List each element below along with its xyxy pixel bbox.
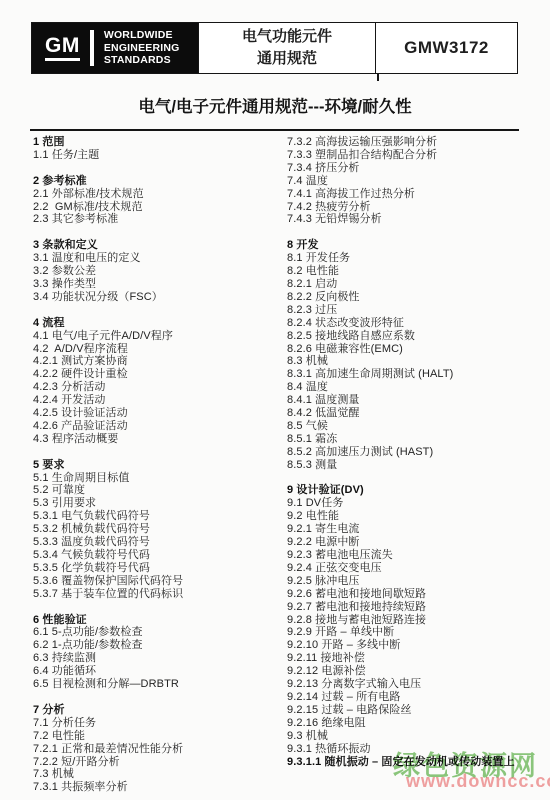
standards-header: GM WORLDWIDE ENGINEERING STANDARDS 电气功能元… [31,22,518,74]
toc-entry [33,304,283,317]
toc-entry: 9.2.4 正弦交变电压 [287,562,547,575]
toc-entry: 5.3.3 温度负载代码符号 [33,536,283,549]
toc-entry: 8.2.3 过压 [287,304,547,317]
toc-entry: 8.4.2 低温觉醒 [287,407,547,420]
toc-entry: 9.1 DV任务 [287,497,547,510]
toc-entry: 9.2.5 脉冲电压 [287,575,547,588]
toc-entry: 5.3.7 基于装车位置的代码标识 [33,588,283,601]
toc-entry: 9.2.12 电源补偿 [287,665,547,678]
toc-entry: 5.3.1 电气负载代码符号 [33,510,283,523]
toc-entry: 9.3 机械 [287,730,547,743]
toc-entry: 7.3.2 高海拔运输压强影响分析 [287,136,547,149]
toc-entry: 2.1 外部标准/技术规范 [33,188,283,201]
doc-title-line1: 电气功能元件 [242,26,332,48]
toc-entry: 6 性能验证 [33,614,283,627]
logo-divider [90,30,94,66]
gm-logo-block: GM WORLDWIDE ENGINEERING STANDARDS [32,23,199,73]
toc-entry: 8 开发 [287,239,547,252]
gm-logo: GM [45,35,80,61]
toc-entry: 8.2.2 反向极性 [287,291,547,304]
toc-entry: 8.2 电性能 [287,265,547,278]
toc-entry: 1.1 任务/主题 [33,149,283,162]
toc-entry: 2.2 GM标准/技术规范 [33,201,283,214]
toc-entry: 4.2.1 测试方案协商 [33,355,283,368]
watermark-site-url: www.downcc.com [406,771,550,792]
toc-entry: 7.2 电性能 [33,730,283,743]
org-line-2: ENGINEERING [104,42,180,55]
toc-entry: 4.2 A/D/V程序流程 [33,343,283,356]
toc-entry: 9.2.8 接地与蓄电池短路连接 [287,614,547,627]
toc-entry: 8.2.5 接地线路自感应系数 [287,330,547,343]
toc-entry: 9.2.2 电源中断 [287,536,547,549]
doc-number: GMW3172 [404,38,489,58]
toc-entry [287,226,547,239]
toc-right-column: 7.3.2 高海拔运输压强影响分析 7.3.3 塑制品扣合结构配合分析 7.3.… [287,136,547,768]
toc-entry: 7.4.1 高海拔工作过热分析 [287,188,547,201]
toc-entry: 7.3.3 塑制品扣合结构配合分析 [287,149,547,162]
toc-entry: 9.2.15 过载 – 电路保险丝 [287,704,547,717]
toc-entry: 6.3 持续监测 [33,652,283,665]
toc-entry: 4.3 程序活动概要 [33,433,283,446]
toc-entry: 8.5.3 测量 [287,459,547,472]
toc-entry: 7.3.4 挤压分析 [287,162,547,175]
doc-title-cell: 电气功能元件 通用规范 [199,23,376,73]
toc-entry: 9.2.13 分离数字式输入电压 [287,678,547,691]
toc-entry: 9.2.14 过载 – 所有电路 [287,691,547,704]
toc-entry: 6.2 1-点功能/参数检查 [33,639,283,652]
toc-entry: 8.3 机械 [287,355,547,368]
toc-entry: 9 设计验证(DV) [287,484,547,497]
toc-entry: 4 流程 [33,317,283,330]
toc-entry: 7.3.1 共振频率分析 [33,781,283,794]
toc-entry: 8.3.1 高加速生命周期测试 (HALT) [287,368,547,381]
toc-entry: 9.2.6 蓄电池和接地间歇短路 [287,588,547,601]
toc-entry: 9.2.3 蓄电池电压流失 [287,549,547,562]
toc-entry: 7.4.2 热疲劳分析 [287,201,547,214]
toc-entry: 6.5 目视检测和分解—DRBTR [33,678,283,691]
toc-entry [33,691,283,704]
toc-entry: 7.4 温度 [287,175,547,188]
toc-entry: 7.3 机械 [33,768,283,781]
toc-entry: 7.2.1 正常和最差情况性能分析 [33,743,283,756]
toc-entry: 8.2.1 启动 [287,278,547,291]
toc-entry: 7.4.3 无铅焊锡分析 [287,213,547,226]
toc-entry [33,226,283,239]
toc-entry: 5.3.5 化学负载符号代码 [33,562,283,575]
toc-entry: 3.3 操作类型 [33,278,283,291]
toc-entry: 8.5.1 霜冻 [287,433,547,446]
toc-left-column: 1 范围 1.1 任务/主题 2 参考标准 2.1 外部标准/技术规范 2.2 … [33,136,283,794]
divider-rule [30,129,519,131]
toc-entry: 8.1 开发任务 [287,252,547,265]
doc-title-line2: 通用规范 [257,48,317,70]
toc-entry: 9.2.7 蓄电池和接地持续短路 [287,601,547,614]
toc-entry: 8.4 温度 [287,381,547,394]
toc-entry [33,601,283,614]
toc-entry: 5.3.4 气候负载符号代码 [33,549,283,562]
toc-entry: 8.2.6 电磁兼容性(EMC) [287,343,547,356]
toc-entry: 4.2.6 产品验证活动 [33,420,283,433]
toc-entry: 9.2.11 接地补偿 [287,652,547,665]
toc-entry: 6.4 功能循环 [33,665,283,678]
toc-entry: 8.5.2 高加速压力测试 (HAST) [287,446,547,459]
toc-entry: 2.3 其它参考标准 [33,213,283,226]
toc-entry: 5.3 引用要求 [33,497,283,510]
org-line-3: STANDARDS [104,54,180,67]
org-line-1: WORLDWIDE [104,29,180,42]
toc-entry [287,472,547,485]
toc-entry: 6.1 5-点功能/参数检查 [33,626,283,639]
toc-entry: 5 要求 [33,459,283,472]
toc-entry: 3.4 功能状况分级（FSC） [33,291,283,304]
toc-entry: 9.2.1 寄生电流 [287,523,547,536]
toc-entry: 8.5 气候 [287,420,547,433]
toc-entry: 8.4.1 温度测量 [287,394,547,407]
toc-entry: 5.3.2 机械负载代码符号 [33,523,283,536]
toc-entry: 9.2 电性能 [287,510,547,523]
page-title: 电气/电子元件通用规范---环境/耐久性 [0,93,550,117]
toc-entry: 7 分析 [33,704,283,717]
toc-entry: 4.2.3 分析活动 [33,381,283,394]
toc-entry [33,446,283,459]
toc-entry: 4.2.4 开发活动 [33,394,283,407]
toc-entry: 4.2.2 硬件设计重检 [33,368,283,381]
toc-entry: 1 范围 [33,136,283,149]
toc-entry: 5.3.6 覆盖物保护国际代码符号 [33,575,283,588]
toc-entry: 5.1 生命周期目标值 [33,472,283,485]
org-name: WORLDWIDE ENGINEERING STANDARDS [104,29,180,67]
toc-entry: 7.2.2 短/开路分析 [33,756,283,769]
toc-entry: 9.2.9 开路 – 单线中断 [287,626,547,639]
doc-number-cell: GMW3172 [376,23,517,73]
toc-entry: 9.2.10 开路 – 多线中断 [287,639,547,652]
toc-entry: 2 参考标准 [33,175,283,188]
toc-entry: 5.2 可靠度 [33,484,283,497]
toc-entry: 7.1 分析任务 [33,717,283,730]
toc-entry: 3.2 参数公差 [33,265,283,278]
toc-entry: 3 条款和定义 [33,239,283,252]
document-page: GM WORLDWIDE ENGINEERING STANDARDS 电气功能元… [0,0,550,800]
toc-entry [33,162,283,175]
toc-entry: 8.2.4 状态改变波形特征 [287,317,547,330]
toc-entry: 3.1 温度和电压的定义 [33,252,283,265]
toc-entry: 4.1 电气/电子元件A/D/V程序 [33,330,283,343]
toc-entry: 4.2.5 设计验证活动 [33,407,283,420]
header-border-tail [377,74,379,81]
toc-entry: 9.2.16 绝缘电阻 [287,717,547,730]
